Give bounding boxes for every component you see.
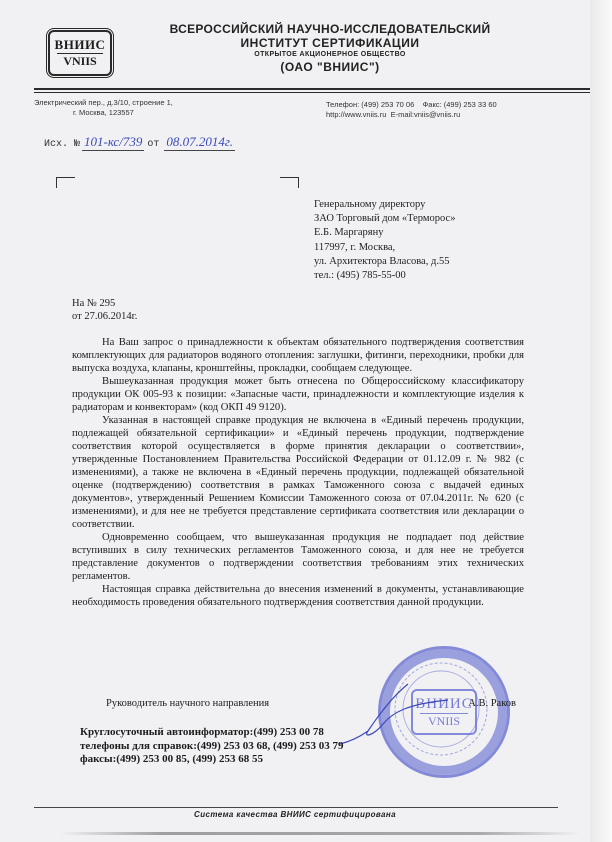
logo-text-cyrillic: ВНИИС bbox=[55, 38, 106, 52]
web-email: http://www.vniis.ru E-mail:vniis@vniis.r… bbox=[326, 110, 497, 120]
phone-fax: Телефон: (499) 253 70 06 Факс: (499) 253… bbox=[326, 100, 497, 110]
contact-info: Телефон: (499) 253 70 06 Факс: (499) 253… bbox=[326, 100, 497, 120]
recipient-block: Генеральному директору ЗАО Торговый дом … bbox=[314, 198, 455, 283]
header-rule-thick bbox=[34, 88, 590, 90]
ref-prefix: Исх. № bbox=[44, 139, 80, 150]
body-paragraph: Вышеуказанная продукция может быть отнес… bbox=[72, 375, 524, 414]
recipient-line: ЗАО Торговый дом «Терморос» bbox=[314, 212, 455, 226]
hotline-contacts: Круглосуточный автоинформатор:(499) 253 … bbox=[80, 726, 344, 767]
body-paragraph: На Ваш запрос о принадлежности к объекта… bbox=[72, 336, 524, 375]
signatory-name: А.В. Раков bbox=[468, 698, 516, 709]
org-name-line2: ИНСТИТУТ СЕРТИФИКАЦИИ bbox=[140, 36, 520, 50]
reply-reference: На № 295 от 27.06.2014г. bbox=[72, 297, 137, 323]
body-paragraph: Указанная в настоящей справке продукция … bbox=[72, 414, 524, 531]
body-paragraph: Настоящая справка действительна до внесе… bbox=[72, 583, 524, 609]
recipient-line: Е.Б. Маргаряну bbox=[314, 226, 455, 240]
vniis-logo: ВНИИС VNIIS bbox=[48, 30, 112, 76]
org-type: ОТКРЫТОЕ АКЦИОНЕРНОЕ ОБЩЕСТВО bbox=[140, 50, 520, 60]
organization-header: ВСЕРОССИЙСКИЙ НАУЧНО-ИССЛЕДОВАТЕЛЬСКИЙ И… bbox=[140, 22, 520, 74]
reply-number: На № 295 bbox=[72, 297, 137, 310]
recipient-line: ул. Архитектора Власова, д.55 bbox=[314, 255, 455, 269]
letter-body: На Ваш запрос о принадлежности к объекта… bbox=[72, 336, 524, 609]
address-corner-right bbox=[280, 177, 299, 188]
recipient-line: Генеральному директору bbox=[314, 198, 455, 212]
address-line1: Электрический пер., д.3/10, строение 1, bbox=[34, 98, 173, 108]
ref-number: 101-кс/739 bbox=[82, 134, 144, 151]
quality-system-note: Система качества ВНИИС сертифицирована bbox=[0, 810, 590, 819]
page-edge bbox=[590, 0, 612, 842]
fax-numbers: факсы:(499) 253 00 85, (499) 253 68 55 bbox=[80, 753, 344, 767]
page-bottom-shadow bbox=[60, 832, 580, 835]
recipient-line: 117997, г. Москва, bbox=[314, 241, 455, 255]
signature-line: Руководитель научного направления А.В. Р… bbox=[106, 698, 516, 709]
outgoing-reference: Исх. № 101-кс/739 от 08.07.2014г. bbox=[44, 134, 235, 151]
logo-text-latin: VNIIS bbox=[63, 55, 96, 68]
reply-date: от 27.06.2014г. bbox=[72, 310, 137, 323]
header-rule-thin bbox=[34, 92, 590, 93]
ref-date: 08.07.2014г. bbox=[164, 134, 235, 151]
body-paragraph: Одновременно сообщаем, что вышеуказанная… bbox=[72, 531, 524, 583]
handwritten-signature-icon bbox=[338, 676, 458, 746]
postal-address: Электрический пер., д.3/10, строение 1, … bbox=[34, 98, 173, 118]
org-short-name: (ОАО "ВНИИС") bbox=[140, 60, 520, 74]
autoinformer-phone: Круглосуточный автоинформатор:(499) 253 … bbox=[80, 726, 344, 740]
footer-rule bbox=[34, 807, 558, 808]
recipient-line: тел.: (495) 785-55-00 bbox=[314, 269, 455, 283]
signatory-position: Руководитель научного направления bbox=[106, 698, 269, 709]
address-line2: г. Москва, 123557 bbox=[34, 108, 173, 118]
address-corner-left bbox=[56, 177, 75, 188]
org-name-line1: ВСЕРОССИЙСКИЙ НАУЧНО-ИССЛЕДОВАТЕЛЬСКИЙ bbox=[140, 22, 520, 36]
inquiry-phones: телефоны для справок:(499) 253 03 68, (4… bbox=[80, 740, 344, 754]
ref-from-label: от bbox=[147, 139, 159, 150]
